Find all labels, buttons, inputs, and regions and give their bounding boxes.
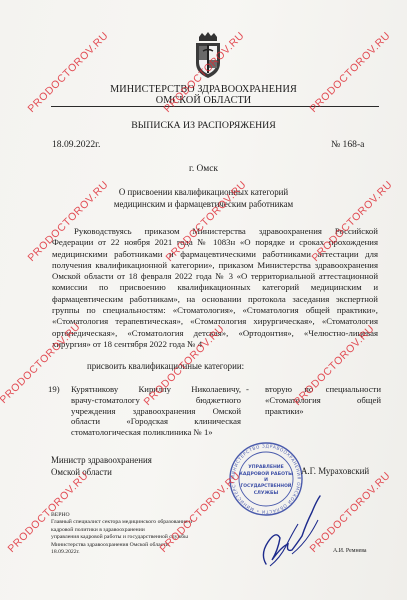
person-line: учреждения здравоохранения Омской: [71, 406, 241, 417]
entry-category: вторую по специальности «Стоматология об…: [265, 384, 381, 416]
svg-text:УПРАВЛЕНИЕ: УПРАВЛЕНИЕ: [248, 464, 284, 470]
ministry-name-line1: МИНИСТЕРСТВО ЗДРАВООХРАНЕНИЯ: [0, 84, 407, 95]
document-subject: О присвоении квалификационных категорий …: [0, 186, 407, 210]
category-line: «Стоматология общей: [265, 395, 381, 406]
header-divider: [51, 106, 379, 107]
person-line: Курятникову Кириллу Николаевичу,: [71, 384, 241, 395]
document-page: МИНИСТЕРСТВО ЗДРАВООХРАНЕНИЯ ОМСКОЙ ОБЛА…: [0, 0, 407, 600]
document-number: № 168-а: [331, 139, 364, 150]
certifier-line: управления кадровой работы и государстве…: [51, 534, 192, 541]
certifier-name: А.И. Ремнева: [333, 548, 367, 554]
certifier-line: Министерства здравоохранения Омской обла…: [51, 542, 192, 549]
category-line: практики»: [265, 406, 381, 417]
entry-number: 19): [48, 384, 60, 395]
svg-text:И: И: [264, 477, 268, 483]
signature-icon: [258, 494, 324, 572]
person-line: стоматологическая поликлиника № 1»: [71, 427, 241, 438]
minister-title-line2: Омской области: [51, 467, 152, 479]
ministry-name-line2: ОМСКОЙ ОБЛАСТИ: [0, 95, 407, 106]
certifier-line: Главный специалист сектора медицинского …: [51, 519, 192, 526]
subject-line-2: медицинским и фармацевтическим работника…: [0, 198, 407, 210]
minister-title-line1: Министр здравоохранения: [51, 455, 152, 467]
document-title: ВЫПИСКА ИЗ РАСПОРЯЖЕНИЯ: [0, 120, 407, 131]
body-paragraph: Руководствуясь приказом Министерства здр…: [52, 226, 378, 350]
subject-line-1: О присвоении квалификационных категорий: [0, 186, 407, 198]
certification-block: ВЕРНО Главный специалист сектора медицин…: [51, 512, 192, 556]
certification-date: 18.09.2022г.: [51, 549, 192, 556]
minister-title: Министр здравоохранения Омской области: [51, 455, 152, 478]
svg-text:КАДРОВОЙ РАБОТЫ: КАДРОВОЙ РАБОТЫ: [239, 469, 293, 477]
coat-of-arms-icon: [193, 31, 223, 79]
document-date: 18.09.2022г.: [52, 139, 100, 150]
minister-name: А.Г. Мураховский: [301, 466, 369, 476]
assign-heading: присвоить квалификационные категории:: [87, 361, 244, 371]
document-body: Руководствуясь приказом Министерства здр…: [52, 226, 378, 350]
entry-person: Курятникову Кириллу Николаевичу, врачу-с…: [71, 384, 241, 438]
document-city: г. Омск: [0, 164, 407, 174]
entry-dash: -: [246, 384, 249, 395]
category-line: вторую по специальности: [265, 384, 381, 395]
person-line: врачу-стоматологу бюджетного: [71, 395, 241, 406]
person-line: области «Городская клиническая: [71, 416, 241, 427]
